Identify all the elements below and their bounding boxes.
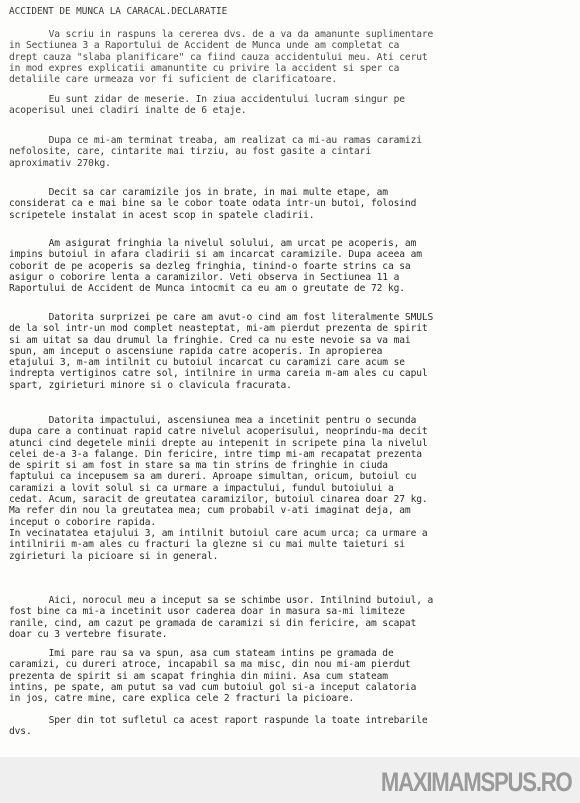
- paragraph-closing: Sper din tot sufletul ca acest raport ra…: [9, 715, 428, 738]
- text-line: atunci cind degetele minii drepte au int…: [9, 438, 428, 449]
- text-line: aproximativ 270kg.: [9, 158, 422, 169]
- text-line: Sper din tot sufletul ca acest raport ra…: [9, 715, 428, 726]
- text-line: ranile, cind, am cazut pe gramada de car…: [9, 618, 433, 629]
- text-line: drept cauza "slaba planificare" ca fiind…: [9, 52, 433, 63]
- text-line: considerat ca e mai bine sa le cobor toa…: [9, 198, 416, 209]
- text-line: Eu sunt zidar de meserie. In ziua accide…: [9, 94, 405, 105]
- text-line: Datorita impactului, ascensiunea mea a i…: [9, 415, 428, 426]
- text-line: fost bine ca mi-a incetinit usor caderea…: [9, 606, 433, 617]
- text-line: inceput o coborire rapida.: [9, 517, 428, 528]
- text-line: de spirit si am fost in stare sa ma tin …: [9, 460, 428, 471]
- paragraph-landing: Aici, norocul meu a inceput sa se schimb…: [9, 595, 433, 640]
- text-line: Imi pare rau sa va spun, asa cum stateam…: [9, 648, 416, 659]
- text-line: Datorita surprizei pe care am avut-o cin…: [9, 312, 433, 323]
- text-line: Aici, norocul meu a inceput sa se schimb…: [9, 595, 433, 606]
- paragraph-leftover-bricks: Dupa ce mi-am terminat treaba, am realiz…: [9, 135, 422, 169]
- text-line: in Sectiunea 3 a Raportului de Accident …: [9, 40, 433, 51]
- text-line: etajului 3, m-am intilnit cu butoiul inc…: [9, 357, 433, 368]
- paragraph-rope-setup: Am asigurat fringhia la nivelul solului,…: [9, 238, 422, 294]
- text-line: asigur o coborire lenta a caramizilor. V…: [9, 272, 422, 283]
- paragraph-barrel-falls: Imi pare rau sa va spun, asa cum stateam…: [9, 648, 416, 704]
- text-line: dupa care a continuat rapid catre nivelu…: [9, 426, 428, 437]
- text-line: celei de-a 3-a falange. Din fericire, in…: [9, 449, 428, 460]
- scanned-document-page: ACCIDENT DE MUNCA LA CARACAL.DECLARATIE …: [0, 0, 580, 757]
- text-line: in jos, catre mine, care explica cele 2 …: [9, 693, 416, 704]
- text-line: spart, zgirieturi minore si o clavicula …: [9, 380, 433, 391]
- text-line: Dupa ce mi-am terminat treaba, am realiz…: [9, 135, 422, 146]
- text-line: coborit de pe acoperis sa dezleg fringhi…: [9, 261, 422, 272]
- text-line: spun, am inceput o ascensiune rapida cat…: [9, 346, 433, 357]
- text-line: detaliile care urmeaza vor fi suficient …: [9, 74, 433, 85]
- text-line: de la sol intr-un mod complet neasteptat…: [9, 323, 433, 334]
- text-line: zgirieturi la picioare si in general.: [9, 551, 428, 562]
- text-line: Va scriu in raspuns la cererea dvs. de a…: [9, 29, 433, 40]
- text-line: nefolosite, care, cintarite mai tirziu, …: [9, 146, 422, 157]
- text-line: In vecinatatea etajului 3, am intilnit b…: [9, 528, 428, 539]
- text-line: prezenta de spirit si am scapat fringhia…: [9, 671, 416, 682]
- text-line: indrepta vertiginos catre sol, intilnire…: [9, 368, 433, 379]
- text-line: Ma refer din nou la greutatea mea; cum p…: [9, 505, 428, 516]
- text-line: impins butoiul in afara cladirii si am i…: [9, 249, 422, 260]
- text-line: intilnirii m-am ales cu fracturi la glez…: [9, 539, 428, 550]
- paragraph-barrel-plan: Decit sa car caramizile jos in brate, in…: [9, 187, 416, 221]
- text-line: dvs.: [9, 726, 428, 737]
- text-line: acoperisul unei cladiri inalte de 6 etaj…: [9, 105, 405, 116]
- text-line: cedat. Acum, saracit de greutatea carami…: [9, 494, 428, 505]
- site-watermark: MAXIMAMSPUS.RO: [381, 767, 572, 798]
- paragraph-ascent: Datorita surprizei pe care am avut-o cin…: [9, 312, 433, 391]
- text-line: intins, pe spate, am putut sa vad cum bu…: [9, 682, 416, 693]
- paragraph-request-response: Va scriu in raspuns la cererea dvs. de a…: [9, 29, 433, 85]
- footer-band: MAXIMAMSPUS.RO: [0, 757, 580, 803]
- text-line: in mod expres explicatii amanuntite cu p…: [9, 63, 433, 74]
- text-line: scripetele instalat in acest scop in spa…: [9, 210, 416, 221]
- text-line: caramizi, cu dureri atroce, incapabil sa…: [9, 659, 416, 670]
- text-line: si am uitat sa dau drumul la fringhie. C…: [9, 335, 433, 346]
- document-title: ACCIDENT DE MUNCA LA CARACAL.DECLARATIE: [9, 6, 227, 17]
- paragraph-impact-descent: Datorita impactului, ascensiunea mea a i…: [9, 415, 428, 562]
- text-line: Raportului de Accident de Munca intocmit…: [9, 283, 422, 294]
- text-line: caramizi a lovit solul si ca urmare a im…: [9, 483, 428, 494]
- text-line: doar cu 3 vertebre fisurate.: [9, 629, 433, 640]
- paragraph-profession: Eu sunt zidar de meserie. In ziua accide…: [9, 94, 405, 117]
- text-line: Decit sa car caramizile jos in brate, in…: [9, 187, 416, 198]
- text-line: Am asigurat fringhia la nivelul solului,…: [9, 238, 422, 249]
- text-line: faptului ca incepusem sa am dureri. Apro…: [9, 471, 428, 482]
